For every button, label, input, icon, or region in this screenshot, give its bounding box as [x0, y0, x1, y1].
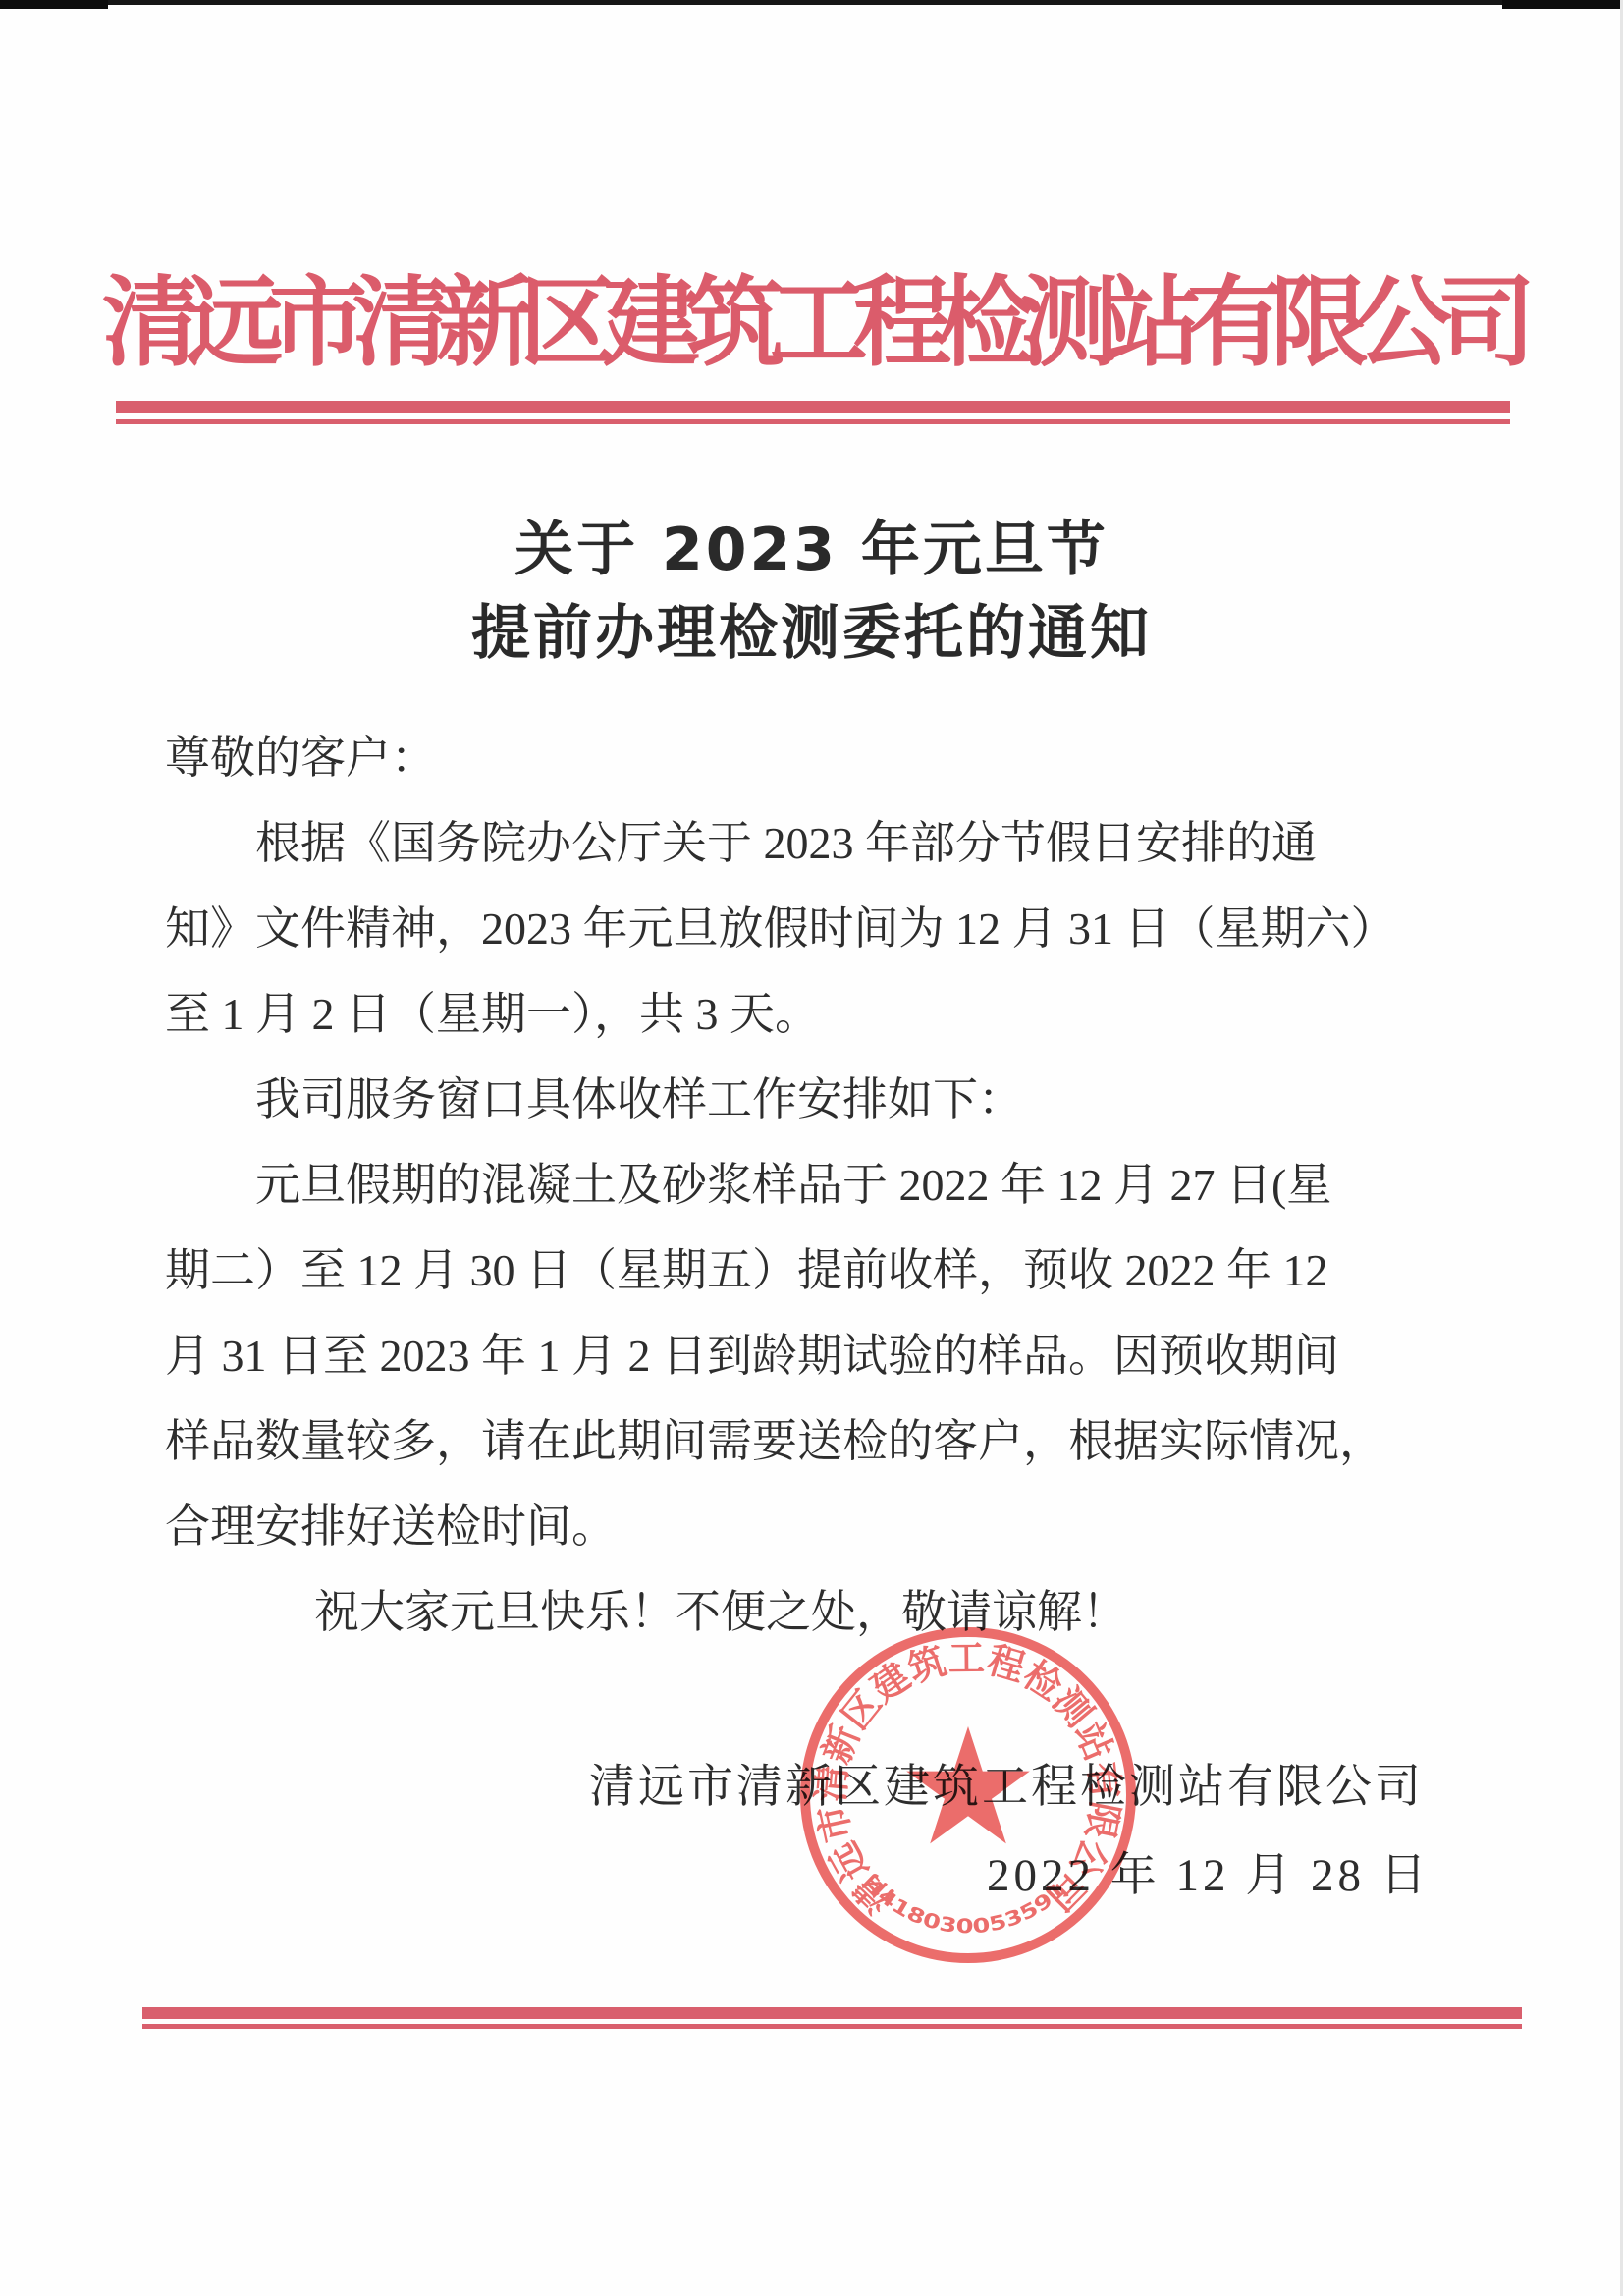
scan-artifact-top-right [1502, 0, 1623, 9]
letterhead-company-name: 清远市清新区建筑工程检测站有限公司 [0, 244, 1623, 385]
letterhead-divider-thin [116, 419, 1510, 424]
body-line: 根据《国务院办公厅关于 2023 年部分节假日安排的通 [165, 800, 1500, 886]
body-line: 月 31 日至 2023 年 1 月 2 日到龄期试验的样品。因预收期间 [165, 1313, 1500, 1398]
body-line: 至 1 月 2 日（星期一），共 3 天。 [165, 971, 1500, 1057]
scan-artifact-top-left [0, 0, 108, 9]
scanned-notice-page: 清远市清新区建筑工程检测站有限公司 关于 2023 年元旦节 提前办理检测委托的… [0, 0, 1623, 2296]
body-line: 期二）至 12 月 30 日（星期五）提前收样，预收 2022 年 12 [165, 1228, 1500, 1313]
footer-divider-thin [142, 2024, 1522, 2029]
footer-divider-thick [142, 2007, 1522, 2019]
letterhead-divider-thick [116, 401, 1510, 413]
notice-title-line1: 关于 2023 年元旦节 [0, 503, 1623, 587]
seal-star-icon [906, 1726, 1030, 1843]
notice-title-line2: 提前办理检测委托的通知 [0, 586, 1623, 671]
body-line: 样品数量较多，请在此期间需要送检的客户，根据实际情况， [165, 1398, 1500, 1484]
body-line: 合理安排好送检时间。 [165, 1484, 1500, 1569]
company-seal: 清远市清新区建筑工程检测站有限公司 4418030053591 [795, 1622, 1141, 1968]
scan-artifact-top-line [0, 0, 1623, 5]
notice-body: 尊敬的客户： 根据《国务院办公厅关于 2023 年部分节假日安排的通 知》文件精… [165, 715, 1500, 1655]
salutation: 尊敬的客户： [165, 715, 1500, 800]
body-line: 元旦假期的混凝土及砂浆样品于 2022 年 12 月 27 日(星 [165, 1142, 1500, 1228]
body-line: 知》文件精神，2023 年元旦放假时间为 12 月 31 日（星期六） [165, 886, 1500, 971]
body-line: 我司服务窗口具体收样工作安排如下： [165, 1057, 1500, 1142]
